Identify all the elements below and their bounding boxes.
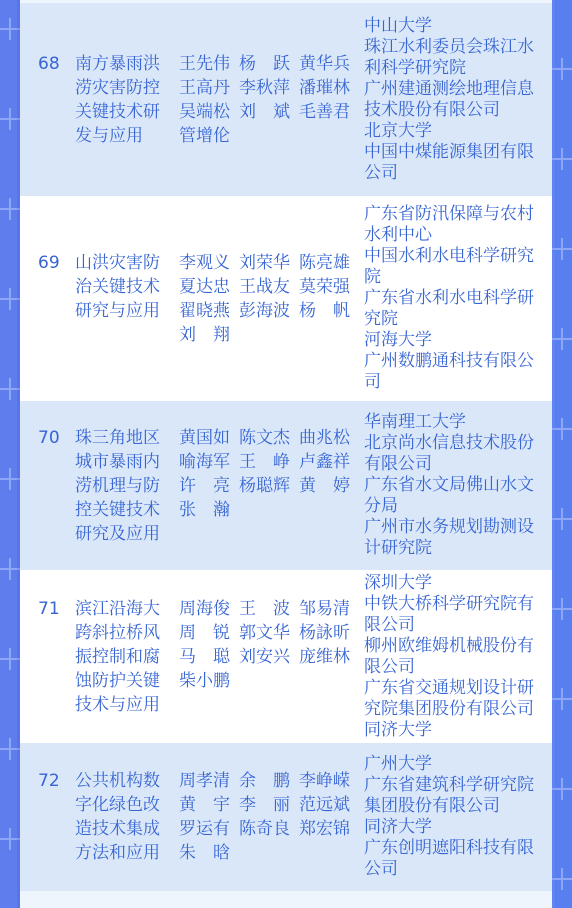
organization-name: 广州市水务规划勘测设计研究院 <box>364 517 544 559</box>
organization-name: 河海大学 <box>364 330 544 351</box>
organization-name: 同济大学 <box>364 817 544 838</box>
row-number: 68 <box>38 52 75 76</box>
awardee-name: 杨 跃 <box>239 52 290 76</box>
organization-name: 广东创明遮阳科技有限公司 <box>364 838 544 880</box>
awardee-name: 周 锐 <box>179 621 230 645</box>
organization-name: 深圳大学 <box>364 573 544 594</box>
awardee-name: 喻海军 <box>179 450 230 474</box>
row-left-group: 71 滨江沿海大跨斜拉桥风振控制和腐蚀防护关键技术与应用 周海俊王 波邹易清周 … <box>38 597 354 717</box>
left-border-decoration <box>0 0 20 908</box>
row-number: 72 <box>38 769 75 793</box>
awardee-names: 李观义刘荣华陈亮雄夏达忠王战友莫荣强翟晓燕彭海波杨 帆刘 翔 <box>179 251 354 347</box>
awardee-name: 陈奇良 <box>239 817 290 841</box>
row-number: 69 <box>38 251 75 275</box>
project-title: 山洪灾害防治关键技术研究与应用 <box>75 251 165 323</box>
awardee-name: 刘安兴 <box>239 645 290 669</box>
awardee-name: 夏达忠 <box>179 275 230 299</box>
organization-name: 同济大学 <box>364 720 544 741</box>
organization-name: 广东省水文局佛山水文分局 <box>364 475 544 517</box>
organization-name: 北京大学 <box>364 121 544 142</box>
awardee-name: 潘璀林 <box>299 76 350 100</box>
awardee-name: 黄 宇 <box>179 793 230 817</box>
awardee-names: 黄国如陈文杰曲兆松喻海军王 峥卢鑫祥许 亮杨聪辉黄 婷张 瀚 <box>179 426 354 522</box>
table-row: 70 珠三角地区城市暴雨内涝机理与防控关键技术研究及应用 黄国如陈文杰曲兆松喻海… <box>20 401 552 570</box>
awardee-name: 周海俊 <box>179 597 230 621</box>
award-list: 68 南方暴雨洪涝灾害防控关键技术研发与应用 王先伟杨 跃黄华兵王高丹李秋萍潘璀… <box>20 0 552 908</box>
awardee-name: 陈文杰 <box>239 426 290 450</box>
awardee-name: 陈亮雄 <box>299 251 350 275</box>
organization-name: 珠江水利委员会珠江水利科学研究院 <box>364 37 544 79</box>
awardee-name: 刘 斌 <box>239 100 290 124</box>
awardee-name: 马 聪 <box>179 645 230 669</box>
awardee-name: 庞维林 <box>299 645 350 669</box>
organizations: 广州大学广东省建筑科学研究院集团股份有限公司同济大学广东创明遮阳科技有限公司 <box>364 754 544 880</box>
organization-name: 广州大学 <box>364 754 544 775</box>
organizations: 广东省防汛保障与农村水利中心中国水利水电科学研究院广东省水利水电科学研究院河海大… <box>364 204 544 393</box>
awardee-name: 李秋萍 <box>239 76 290 100</box>
row-number: 71 <box>38 597 75 621</box>
organization-name: 广东省水利水电科学研究院 <box>364 288 544 330</box>
awardee-name: 莫荣强 <box>299 275 350 299</box>
awardee-name: 王战友 <box>239 275 290 299</box>
project-title: 滨江沿海大跨斜拉桥风振控制和腐蚀防护关键技术与应用 <box>75 597 165 717</box>
awardee-name: 吴端松 <box>179 100 230 124</box>
awardee-names: 王先伟杨 跃黄华兵王高丹李秋萍潘璀林吴端松刘 斌毛善君管增伦 <box>179 52 354 148</box>
awardee-name: 杨聪辉 <box>239 474 290 498</box>
organization-name: 中山大学 <box>364 16 544 37</box>
right-border-decoration <box>552 0 572 908</box>
organization-name: 北京尚水信息技术股份有限公司 <box>364 433 544 475</box>
awardee-name: 毛善君 <box>299 100 350 124</box>
project-title: 公共机构数字化绿色改造技术集成方法和应用 <box>75 769 165 865</box>
awardee-name: 杨 帆 <box>299 299 350 323</box>
awardee-name: 黄华兵 <box>299 52 350 76</box>
awardee-name: 邹易清 <box>299 597 350 621</box>
awardee-name: 刘 翔 <box>179 323 230 347</box>
awardee-name: 王先伟 <box>179 52 230 76</box>
project-title: 南方暴雨洪涝灾害防控关键技术研发与应用 <box>75 52 165 148</box>
awardee-name: 黄国如 <box>179 426 230 450</box>
row-left-group: 69 山洪灾害防治关键技术研究与应用 李观义刘荣华陈亮雄夏达忠王战友莫荣强翟晓燕… <box>38 251 354 347</box>
organization-name: 广州数鹏通科技有限公司 <box>364 351 544 393</box>
awardee-name: 李峥嵘 <box>299 769 350 793</box>
table-row: 71 滨江沿海大跨斜拉桥风振控制和腐蚀防护关键技术与应用 周海俊王 波邹易清周 … <box>20 570 552 743</box>
organization-name: 中国中煤能源集团有限公司 <box>364 142 544 184</box>
awardee-name: 罗运有 <box>179 817 230 841</box>
awardee-names: 周海俊王 波邹易清周 锐郭文华杨詠昕马 聪刘安兴庞维林柴小鹏 <box>179 597 354 693</box>
awardee-name: 黄 婷 <box>299 474 350 498</box>
awardee-name: 郭文华 <box>239 621 290 645</box>
awardee-name: 范远斌 <box>299 793 350 817</box>
awardee-name: 李 丽 <box>239 793 290 817</box>
awardee-name: 彭海波 <box>239 299 290 323</box>
organization-name: 广东省建筑科学研究院集团股份有限公司 <box>364 775 544 817</box>
organizations: 深圳大学中铁大桥科学研究院有限公司柳州欧维姆机械股份有限公司广东省交通规划设计研… <box>364 573 544 741</box>
awardee-name: 卢鑫祥 <box>299 450 350 474</box>
organization-name: 广东省交通规划设计研究院集团股份有限公司 <box>364 678 544 720</box>
awardee-name: 张 瀚 <box>179 498 230 522</box>
awardee-name: 翟晓燕 <box>179 299 230 323</box>
awardee-name: 郑宏锦 <box>299 817 350 841</box>
project-title: 珠三角地区城市暴雨内涝机理与防控关键技术研究及应用 <box>75 426 165 546</box>
row-number: 70 <box>38 426 75 450</box>
awardee-name: 管增伦 <box>179 124 230 148</box>
awardee-name: 杨詠昕 <box>299 621 350 645</box>
table-row: 68 南方暴雨洪涝灾害防控关键技术研发与应用 王先伟杨 跃黄华兵王高丹李秋萍潘璀… <box>20 3 552 196</box>
awardee-name: 李观义 <box>179 251 230 275</box>
awardee-name: 周孝清 <box>179 769 230 793</box>
organizations: 中山大学珠江水利委员会珠江水利科学研究院广州建通测绘地理信息技术股份有限公司北京… <box>364 16 544 184</box>
organization-name: 柳州欧维姆机械股份有限公司 <box>364 636 544 678</box>
awardee-name: 王 波 <box>239 597 290 621</box>
awardee-name: 许 亮 <box>179 474 230 498</box>
awardee-name: 余 鹏 <box>239 769 290 793</box>
awardee-name: 柴小鹏 <box>179 669 230 693</box>
awardee-name: 王高丹 <box>179 76 230 100</box>
table-row: 69 山洪灾害防治关键技术研究与应用 李观义刘荣华陈亮雄夏达忠王战友莫荣强翟晓燕… <box>20 196 552 401</box>
organizations: 华南理工大学北京尚水信息技术股份有限公司广东省水文局佛山水文分局广州市水务规划勘… <box>364 412 544 559</box>
organization-name: 中铁大桥科学研究院有限公司 <box>364 594 544 636</box>
row-left-group: 70 珠三角地区城市暴雨内涝机理与防控关键技术研究及应用 黄国如陈文杰曲兆松喻海… <box>38 426 354 546</box>
table-row: 72 公共机构数字化绿色改造技术集成方法和应用 周孝清余 鹏李峥嵘黄 宇李 丽范… <box>20 743 552 891</box>
awardee-names: 周孝清余 鹏李峥嵘黄 宇李 丽范远斌罗运有陈奇良郑宏锦朱 晗 <box>179 769 354 865</box>
awardee-name: 曲兆松 <box>299 426 350 450</box>
awardee-name: 朱 晗 <box>179 841 230 865</box>
organization-name: 华南理工大学 <box>364 412 544 433</box>
organization-name: 广东省防汛保障与农村水利中心 <box>364 204 544 246</box>
row-left-group: 68 南方暴雨洪涝灾害防控关键技术研发与应用 王先伟杨 跃黄华兵王高丹李秋萍潘璀… <box>38 52 354 148</box>
awardee-name: 王 峥 <box>239 450 290 474</box>
awardee-name: 刘荣华 <box>239 251 290 275</box>
organization-name: 中国水利水电科学研究院 <box>364 246 544 288</box>
row-left-group: 72 公共机构数字化绿色改造技术集成方法和应用 周孝清余 鹏李峥嵘黄 宇李 丽范… <box>38 769 354 865</box>
organization-name: 广州建通测绘地理信息技术股份有限公司 <box>364 79 544 121</box>
